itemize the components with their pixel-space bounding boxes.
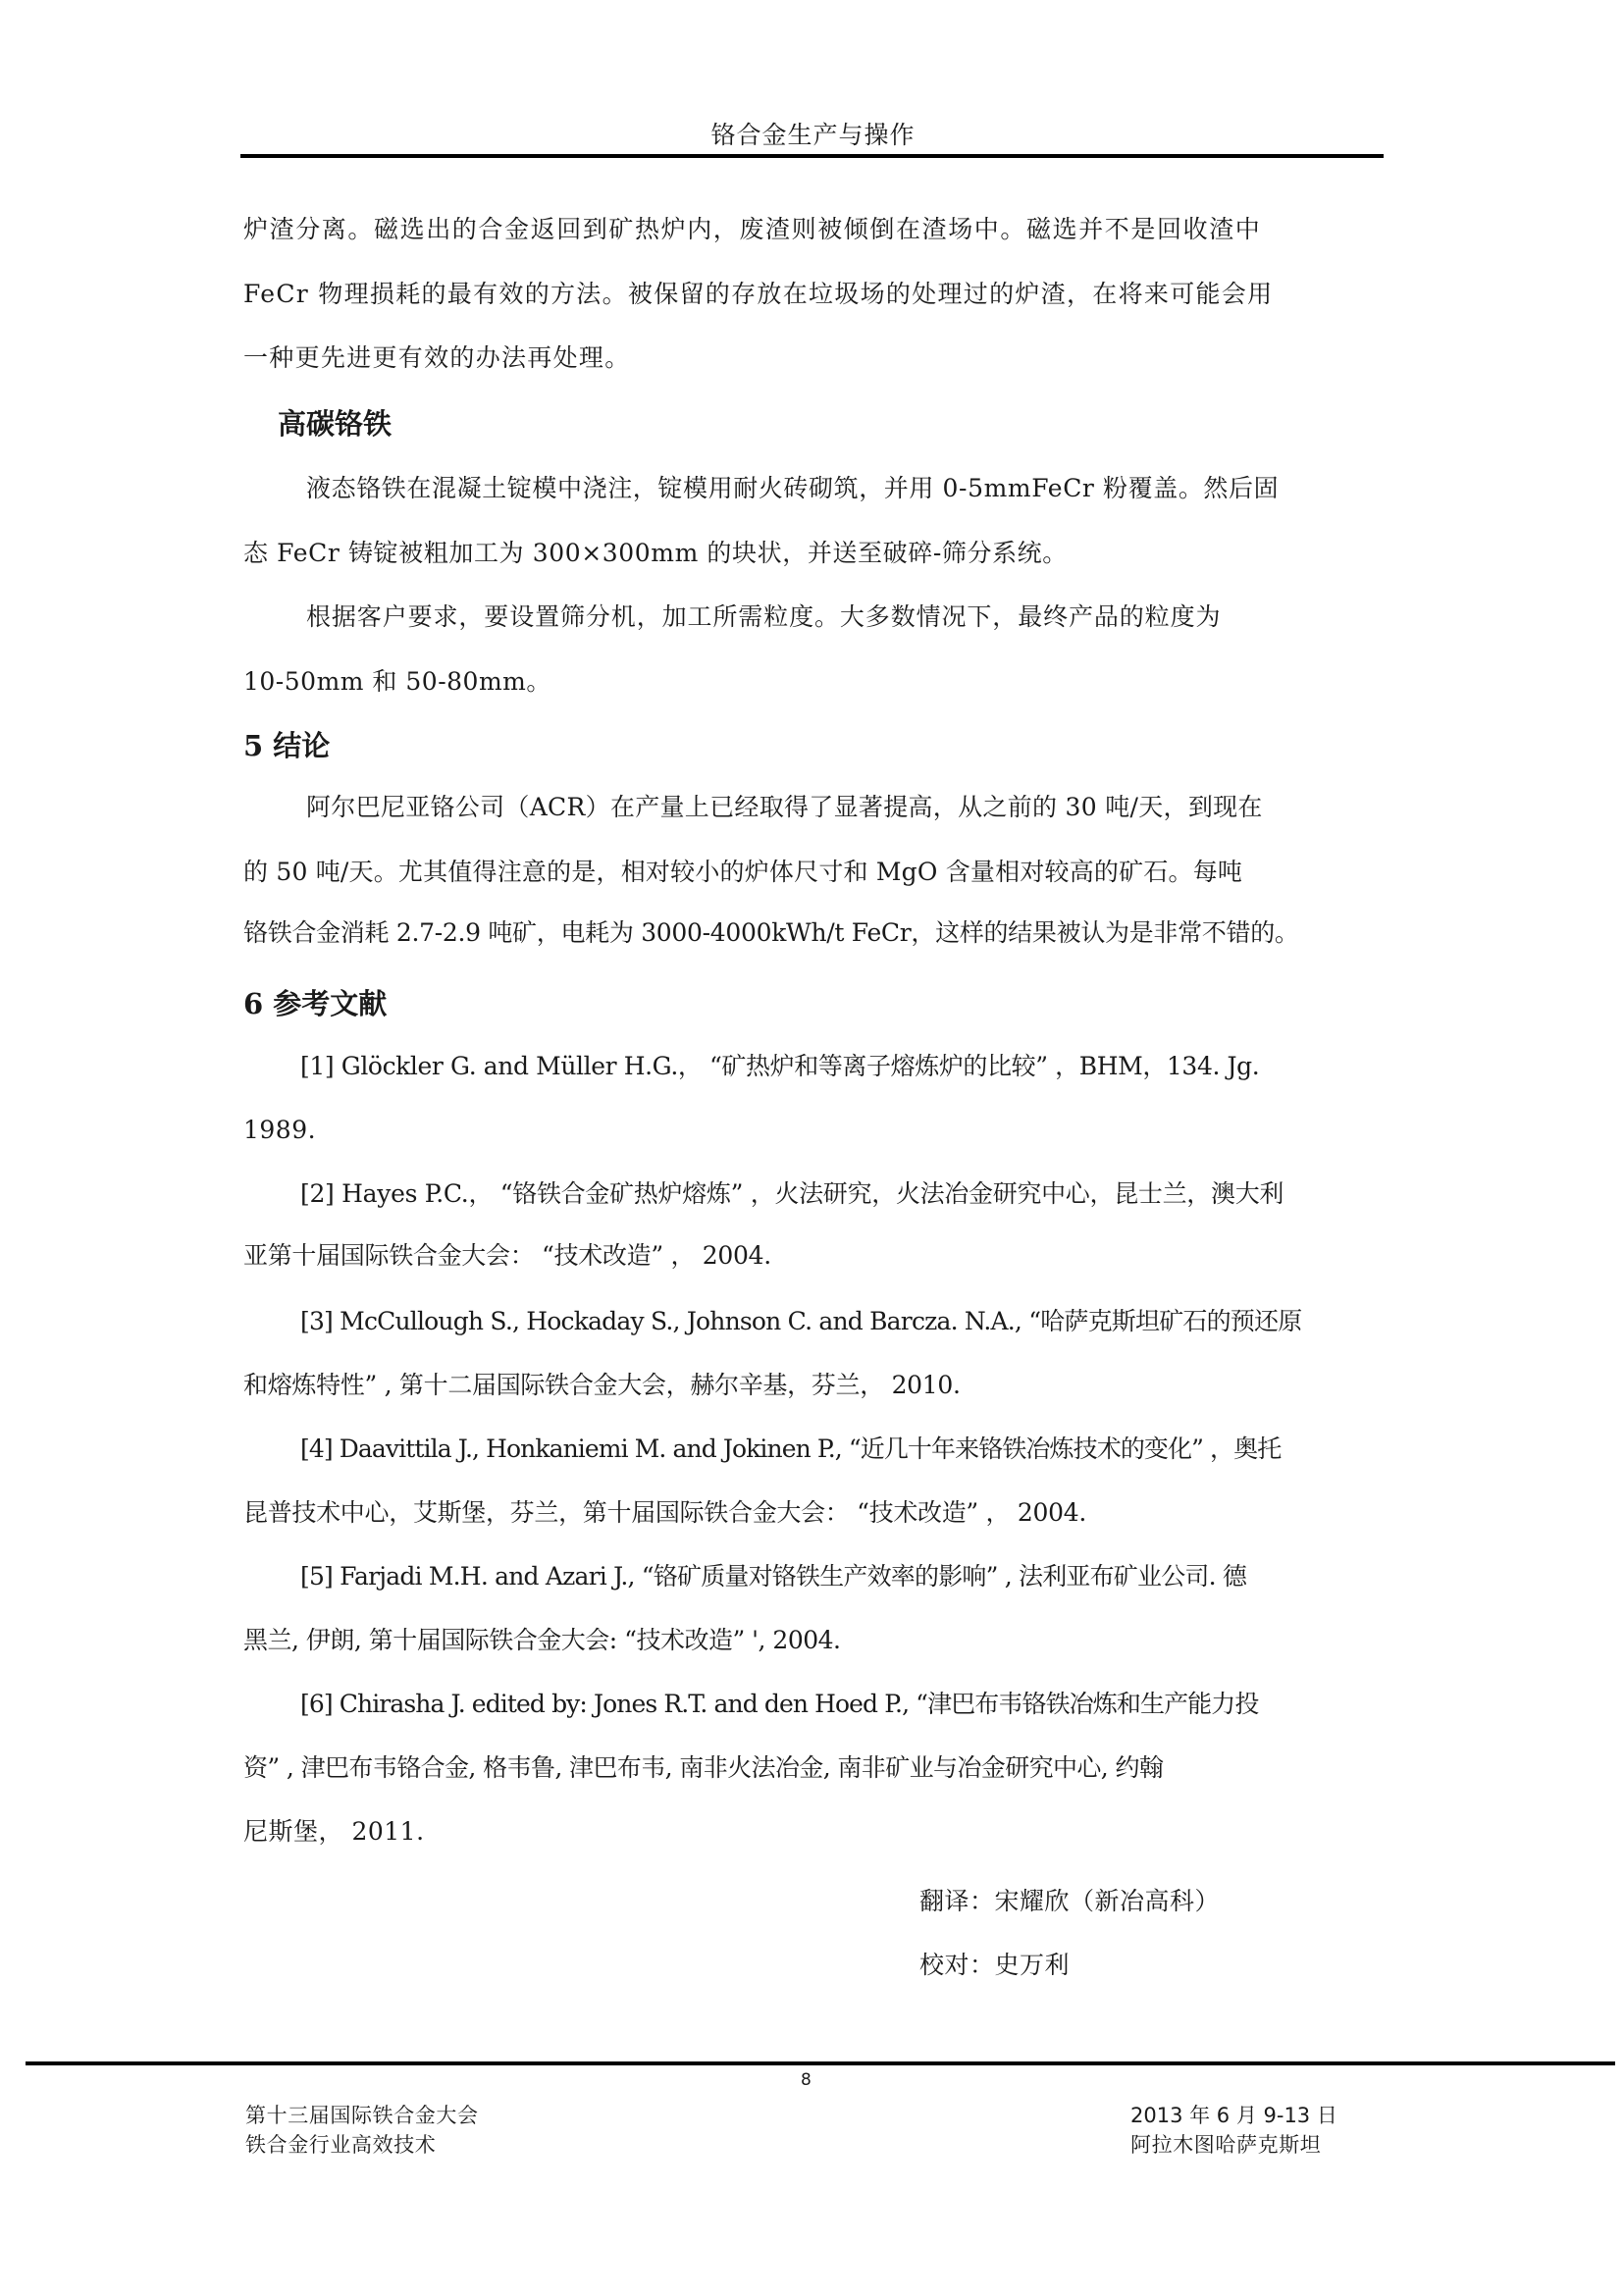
section-heading-conclusion: 5 结论 [243,728,330,763]
body-text-line: 阿尔巴尼亚铬公司（ACR）在产量上已经取得了显著提高，从之前的 30 吨/天，到… [306,791,1263,824]
reference-line: 和熔炼特性” , 第十二届国际铁合金大会，赫尔辛基，芬兰， 2010. [243,1369,961,1402]
reference-line: 昆普技术中心，艾斯堡，芬兰，第十届国际铁合金大会： “技术改造” ， 2004. [243,1496,1086,1530]
reference-line: 尼斯堡， 2011. [243,1815,425,1849]
reference-line: [5] Farjadi M.H. and Azari J., “铬矿质量对铬铁生… [300,1560,1246,1593]
footer-location: 阿拉木图哈萨克斯坦 [1130,2131,1321,2159]
reference-line: [6] Chirasha J. edited by: Jones R.T. an… [300,1688,1258,1721]
body-text-line: FeCr 物理损耗的最有效的方法。被保留的存放在垃圾场的处理过的炉渣，在将来可能… [243,278,1273,311]
reference-line: 资” , 津巴布韦铬合金, 格韦鲁, 津巴布韦, 南非火法冶金, 南非矿业与冶金… [243,1751,1163,1785]
body-text-line: 态 FeCr 铸锭被粗加工为 300×300mm 的块状，并送至破碎-筛分系统。 [243,537,1068,570]
body-text-line: 液态铬铁在混凝土锭模中浇注，锭模用耐火砖砌筑，并用 0-5mmFeCr 粉覆盖。… [306,472,1279,505]
translator-credit: 翻译：宋耀欣（新冶高科） [919,1885,1220,1918]
header-rule [240,154,1384,158]
body-text-line: 10-50mm 和 50-80mm。 [243,665,551,699]
reference-line: 1989. [243,1114,316,1147]
reference-line: [1] Glöckler G. and Müller H.G.， “矿热炉和等离… [300,1050,1259,1083]
reference-line: [4] Daavittila J., Honkaniemi M. and Jok… [300,1433,1281,1466]
section-heading-references: 6 参考文献 [243,986,387,1021]
proofreader-credit: 校对：史万利 [919,1949,1070,1982]
reference-line: 黑兰, 伊朗, 第十届国际铁合金大会: “技术改造” ', 2004. [243,1624,841,1657]
footer-conference-theme: 铁合金行业高效技术 [245,2131,436,2159]
subsection-heading: 高碳铬铁 [278,406,392,442]
reference-line: [3] McCullough S., Hockaday S., Johnson … [300,1305,1301,1338]
running-header-title: 铬合金生产与操作 [0,116,1624,151]
body-text-line: 根据客户要求，要设置筛分机，加工所需粒度。大多数情况下，最终产品的粒度为 [306,600,1221,634]
body-text-line: 铬铁合金消耗 2.7-2.9 吨矿，电耗为 3000-4000kWh/t FeC… [243,916,1299,950]
page-number: 8 [801,2070,812,2090]
footer-rule [26,2061,1615,2065]
footer-date: 2013 年 6 月 9-13 日 [1130,2102,1337,2129]
body-text-line: 炉渣分离。磁选出的合金返回到矿热炉内，废渣则被倾倒在渣场中。磁选并不是回收渣中 [243,213,1261,246]
body-text-line: 的 50 吨/天。尤其值得注意的是，相对较小的炉体尺寸和 MgO 含量相对较高的… [243,856,1242,889]
reference-line: 亚第十届国际铁合金大会： “技术改造” ， 2004. [243,1239,771,1273]
reference-line: [2] Hayes P.C.， “铬铁合金矿热炉熔炼” ，火法研究，火法冶金研究… [300,1177,1283,1211]
body-text-line: 一种更先进更有效的办法再处理。 [243,341,631,375]
footer-conference-name: 第十三届国际铁合金大会 [245,2102,479,2129]
